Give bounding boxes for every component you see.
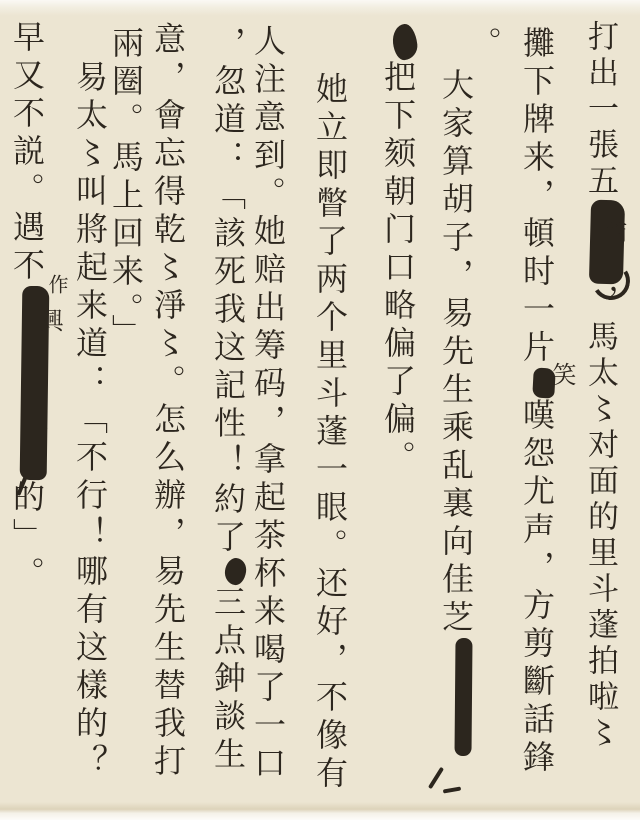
manuscript-column-7: 人注意到。她赔出筹码，拿起茶杯来喝了一口 bbox=[248, 24, 288, 784]
manuscript-column-6: 她立即瞥了两个里斗蓬一眼。还好，不像有 bbox=[310, 72, 350, 794]
column-2-text-before-blot: 攤下牌来，頓时一片 bbox=[519, 26, 555, 368]
ink-blot-column-8 bbox=[223, 557, 248, 587]
correction-note-xing: 興 bbox=[36, 308, 60, 332]
column-11-text: 易太〻叫將起来道：﹁不行！哪有这樣的？ bbox=[72, 60, 108, 782]
scan-edge-bottom bbox=[0, 802, 640, 820]
correction-note-tong: 筒 bbox=[604, 221, 626, 243]
column-6-text: 她立即瞥了两个里斗蓬一眼。还好，不像有 bbox=[312, 72, 348, 794]
column-1-text-after-blot: ，馬太〻对面的里斗蓬拍啦〻 bbox=[583, 284, 618, 752]
manuscript-column-10: 兩圈。馬上回来。﹂ bbox=[106, 26, 146, 352]
column-9-text: 意，會忘得乾〻淨〻。怎么辦，易先生替我打 bbox=[150, 22, 186, 782]
manuscript-column-2: 攤下牌来，頓时一片嘆怨尤声，方剪斷話鋒 bbox=[517, 26, 557, 778]
ink-stroke-remnant-column-4-b bbox=[443, 786, 461, 793]
manuscript-column-1: 打出一張五，馬太〻对面的里斗蓬拍啦〻 bbox=[580, 20, 624, 752]
column-4-text: 大家算胡子，易先生乘乱裏向佳芝 bbox=[438, 68, 474, 638]
column-5-text: 把下颏朝门口略偏了偏。 bbox=[380, 60, 416, 478]
manuscript-column-11: 易太〻叫將起来道：﹁不行！哪有这樣的？ bbox=[70, 60, 110, 782]
ink-strikeout-column-4 bbox=[454, 638, 472, 756]
manuscript-column-4: 大家算胡子，易先生乘乱裏向佳芝 bbox=[436, 68, 476, 756]
manuscript-column-12: 早又不説。遇不的﹂。 bbox=[7, 20, 48, 594]
column-3-text: 。 bbox=[466, 26, 502, 64]
column-8-text-after-blot: 三点鈡談生 bbox=[210, 585, 246, 775]
column-12-text-before-blot: 早又不説。遇不 bbox=[9, 20, 45, 286]
correction-note-xiao: 笑 bbox=[549, 362, 573, 386]
ink-blot-column-5 bbox=[392, 23, 420, 61]
manuscript-page: 打出一張五，馬太〻对面的里斗蓬拍啦〻 攤下牌来，頓时一片嘆怨尤声，方剪斷話鋒 。… bbox=[0, 0, 640, 820]
manuscript-column-9: 意，會忘得乾〻淨〻。怎么辦，易先生替我打 bbox=[148, 22, 188, 782]
column-7-text: 人注意到。她赔出筹码，拿起茶杯来喝了一口 bbox=[250, 24, 286, 784]
ink-stroke-remnant-column-4-a bbox=[428, 767, 444, 789]
manuscript-column-5: 把下颏朝门口略偏了偏。 bbox=[378, 24, 418, 478]
column-10-text: 兩圈。馬上回来。﹂ bbox=[108, 26, 144, 352]
manuscript-column-8: ，忽道：﹁該死我这記性！約了三点鈡談生 bbox=[208, 26, 248, 775]
correction-note-zuo: 作 bbox=[46, 274, 66, 294]
scan-edge-top bbox=[0, 0, 640, 16]
column-1-text-before-blot: 打出一張五 bbox=[583, 20, 618, 200]
column-12-text-after-blot: 的﹂。 bbox=[9, 480, 45, 594]
column-8-text-before-blot: ，忽道：﹁該死我这記性！約了 bbox=[210, 26, 246, 558]
column-2-text-after-blot: 嘆怨尤声，方剪斷話鋒 bbox=[519, 398, 555, 778]
manuscript-column-3: 。 bbox=[464, 26, 504, 64]
